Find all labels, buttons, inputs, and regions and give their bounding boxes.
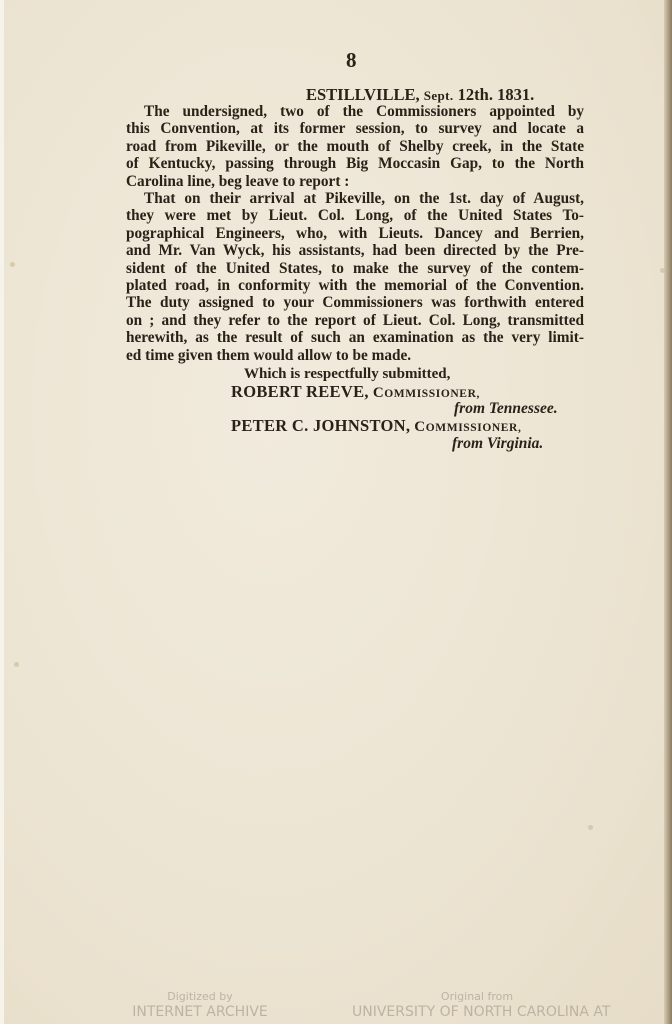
signature-1: ROBERT REEVE, COMMISSIONER, — [231, 382, 480, 402]
signatory-name: PETER C. JOHNSTON, — [231, 416, 410, 435]
watermark-big-text: INTERNET ARCHIVE — [130, 1004, 270, 1021]
signatory-name: ROBERT REEVE, — [231, 382, 369, 401]
paper-speck — [588, 825, 593, 830]
text-line: road from Pikeville, or the mouth of She… — [126, 138, 584, 155]
page-number: 8 — [346, 48, 357, 73]
paragraph-1: The undersigned, two of the Commissioner… — [126, 103, 584, 190]
dateline-month: Sept. — [424, 88, 454, 103]
text-line: The undersigned, two of the Commissioner… — [126, 103, 584, 120]
watermark-big-text: UNIVERSITY OF NORTH CAROLINA AT — [352, 1004, 602, 1021]
text-line: this Convention, at its former session, … — [126, 120, 584, 137]
text-line: herewith, as the result of such an exami… — [126, 329, 584, 346]
signatory-title: COMMISSIONER, — [414, 422, 521, 434]
text-line: pographical Engineers, who, with Lieuts.… — [126, 225, 584, 242]
closing-line: Which is respectfully submitted, — [244, 366, 450, 383]
signature-2: PETER C. JOHNSTON, COMMISSIONER, — [231, 416, 521, 436]
dateline-place: ESTILLVILLE, — [306, 85, 420, 104]
watermark-small-text: Original from — [352, 990, 602, 1004]
signatory-title: COMMISSIONER, — [373, 388, 480, 400]
watermark-original: Original from UNIVERSITY OF NORTH CAROLI… — [352, 990, 602, 1021]
page-edge-right — [664, 0, 672, 1024]
text-line: Carolina line, beg leave to report : — [126, 173, 584, 190]
text-line: sident of the United States, to make the… — [126, 260, 584, 277]
dateline-date: 12th. 1831. — [458, 85, 535, 104]
paragraph-2: That on their arrival at Pikeville, on t… — [126, 190, 584, 364]
scanned-page: 8 ESTILLVILLE, Sept. 12th. 1831. The und… — [0, 0, 672, 1024]
paper-speck — [14, 662, 19, 667]
watermark-digitized: Digitized by INTERNET ARCHIVE — [130, 990, 270, 1021]
text-line: plated road, in conformity with the memo… — [126, 277, 584, 294]
text-line: The duty assigned to your Commissioners … — [126, 294, 584, 311]
watermark-small-text: Digitized by — [130, 990, 270, 1004]
text-line: ed time given them would allow to be mad… — [126, 347, 584, 364]
report-body: The undersigned, two of the Commissioner… — [126, 103, 584, 364]
dateline: ESTILLVILLE, Sept. 12th. 1831. — [306, 85, 566, 105]
text-line: on ; and they refer to the report of Lie… — [126, 312, 584, 329]
text-line: That on their arrival at Pikeville, on t… — [126, 190, 584, 207]
page-edge-left — [0, 0, 4, 1024]
signatory-origin: from Virginia. — [452, 435, 543, 453]
text-line: they were met by Lieut. Col. Long, of th… — [126, 207, 584, 224]
text-line: and Mr. Van Wyck, his assistants, had be… — [126, 242, 584, 259]
paper-speck — [660, 268, 665, 273]
paper-speck — [10, 262, 15, 267]
text-line: of Kentucky, passing through Big Moccasi… — [126, 155, 584, 172]
